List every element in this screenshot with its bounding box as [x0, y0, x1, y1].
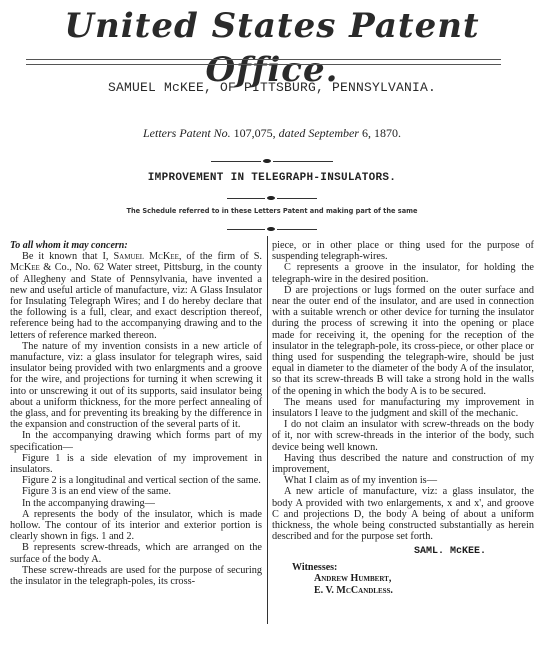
intro-text: & Co., No. 62 Water street, Pittsburg, i…: [10, 262, 262, 340]
ornament-divider-1: [0, 158, 544, 164]
patent-number: 107,075,: [234, 126, 276, 140]
inventor-name: Samuel McKee: [113, 251, 178, 262]
signature: SAML. McKEE.: [272, 546, 486, 557]
paragraph-nature: The nature of my invention consists in a…: [10, 341, 262, 431]
inventor-line: SAMUEL McKEE, OF PITTSBURG, PENNSYLVANIA…: [0, 80, 544, 95]
paragraph: These screw-threads are used for the pur…: [10, 565, 262, 587]
intro-text: Be it known that I,: [22, 251, 113, 262]
intro-text: , of the firm of S.: [179, 251, 262, 262]
ornament-divider-2: [0, 195, 544, 201]
masthead: United States Patent Office.: [0, 4, 544, 92]
claim-intro: What I claim as of my invention is—: [272, 475, 534, 486]
paragraph: In the accompanying drawing which forms …: [10, 430, 262, 452]
patent-number-line: Letters Patent No. 107,075, dated Septem…: [0, 126, 544, 141]
paragraph: Having thus described the nature and con…: [272, 453, 534, 475]
paragraph-figure-1: Figure 1 is a side elevation of my impro…: [10, 453, 262, 475]
dated-label: dated September: [279, 126, 359, 140]
patent-prefix: Letters Patent No.: [143, 126, 231, 140]
salutation: To all whom it may concern:: [10, 240, 262, 251]
patent-date: 6, 1870.: [362, 126, 401, 140]
paragraph-part-b: B represents screw-threads, which are ar…: [10, 542, 262, 564]
schedule-line: The Schedule referred to in these Letter…: [0, 207, 544, 215]
witnesses-label: Witnesses:: [292, 562, 534, 573]
masthead-double-rule: [26, 59, 501, 65]
witness-name: E. V. McCandless.: [314, 585, 534, 597]
paragraph-part-a: A represents the body of the insulator, …: [10, 509, 262, 543]
claim-text: A new article of manufacture, viz: a gla…: [272, 486, 534, 542]
paragraph-disclaimer: I do not claim an insulator with screw-t…: [272, 419, 534, 453]
paragraph: In the accompanying drawing—: [10, 498, 262, 509]
firm-name: McKee: [10, 262, 40, 273]
paragraph-part-d: D are projections or lugs formed on the …: [272, 285, 534, 397]
paragraph-figure-3: Figure 3 is an end view of the same.: [10, 486, 262, 497]
paragraph-continued: piece, or in other place or thing used f…: [272, 240, 534, 262]
patent-title: IMPROVEMENT IN TELEGRAPH-INSULATORS.: [0, 172, 544, 184]
right-column: piece, or in other place or thing used f…: [272, 240, 534, 597]
ornament-divider-3: [0, 226, 544, 232]
paragraph-figure-2: Figure 2 is a longitudinal and vertical …: [10, 475, 262, 486]
paragraph-intro: Be it known that I, Samuel McKee, of the…: [10, 251, 262, 341]
paragraph: The means used for manufacturing my impr…: [272, 397, 534, 419]
left-column: To all whom it may concern: Be it known …: [10, 240, 262, 587]
column-divider: [267, 236, 268, 624]
paragraph-part-c: C represents a groove in the insulator, …: [272, 262, 534, 284]
witness-name: Andrew Humbert,: [314, 573, 534, 585]
